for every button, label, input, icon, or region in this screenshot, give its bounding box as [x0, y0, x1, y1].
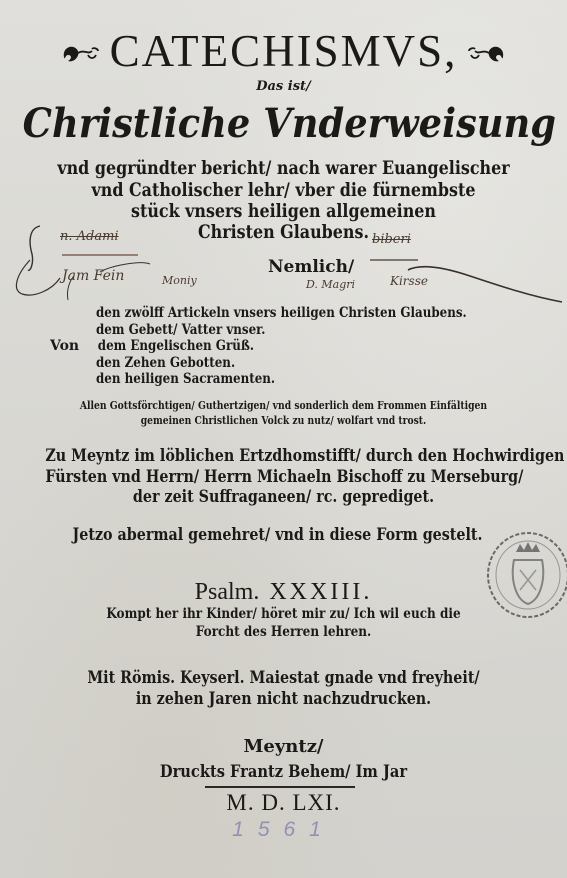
psalm-number: XXXIII.	[269, 579, 372, 605]
handwritten-kirsse: Kirsse	[390, 274, 428, 288]
psalm-verse-line-2: Forcht des Herren lehren.	[40, 624, 528, 640]
preached-line-1: Zu Meyntz im löblichen Ertzdhomstifft/ d…	[45, 446, 521, 466]
imprint-printer: Druckts Frantz Behem/ Im Jar	[40, 762, 528, 782]
title-page: CATECHISMVS, Das ist/ Christliche Vnderw…	[0, 0, 567, 878]
pencil-year-annotation: 1561	[0, 818, 567, 842]
psalm-label: Psalm.	[195, 579, 260, 605]
nemlich-heading: Nemlich/	[268, 257, 354, 277]
privilege-line-1: Mit Römis. Keyserl. Maiestat gnade vnd f…	[45, 668, 521, 688]
dedication-line-1: Allen Gottsförchtigen/ Guthertzigen/ vnd…	[57, 398, 511, 412]
handwritten-adami: n. Adami	[60, 229, 119, 244]
handwritten-magri: D. Magri	[306, 278, 355, 291]
contents-item: den zwölff Artickeln vnsers heiligen Chr…	[96, 305, 467, 322]
dedication-line-2: gemeinen Christlichen Volck zu nutz/ wol…	[57, 413, 511, 427]
imprint-year: M. D. LXI.	[0, 790, 567, 816]
handwritten-jam: Jam Fein	[62, 268, 124, 284]
psalm-heading: Psalm.XXXIII.	[0, 579, 567, 606]
handwritten-moniy: Moniy	[162, 274, 197, 287]
preached-line-3: der zeit Suffraganeen/ rc. geprediget.	[45, 487, 521, 507]
fleuron-right-icon	[463, 39, 507, 69]
fleuron-left-icon	[60, 39, 104, 69]
contents-item: dem Engelischen Grüß.	[96, 338, 467, 355]
book-title: CATECHISMVS,	[110, 29, 458, 74]
description-line-1: vnd gegründter bericht/ nach warer Euang…	[40, 158, 528, 179]
imprint-rule	[205, 786, 355, 788]
description-line-2: vnd Catholischer lehr/ vber die fürnembs…	[40, 180, 528, 201]
subtitle: Christliche Vnderweisung	[23, 100, 545, 147]
handwritten-biberi: biberi	[372, 232, 411, 247]
preached-line-2: Fürsten vnd Herrn/ Herrn Michaeln Bischo…	[45, 467, 521, 487]
description-line-3: stück vnsers heiligen allgemeinen	[40, 201, 528, 222]
contents-item: dem Gebett/ Vatter vnser.	[96, 322, 467, 339]
title-row: CATECHISMVS,	[0, 26, 567, 76]
contents-list: den zwölff Artickeln vnsers heiligen Chr…	[96, 305, 467, 388]
psalm-verse-line-1: Kompt her ihr Kinder/ höret mir zu/ Ich …	[40, 606, 528, 622]
privilege-line-2: in zehen Jaren nicht nachzudrucken.	[45, 689, 521, 709]
contents-item: den Zehen Gebotten.	[96, 355, 467, 372]
jetzo-line: Jetzo abermal gemehret/ vnd in diese For…	[39, 525, 515, 545]
contents-item: den heiligen Sacramenten.	[96, 371, 467, 388]
das-ist-line: Das ist/	[0, 79, 567, 94]
imprint-place: Meyntz/	[0, 736, 567, 757]
von-label: Von	[50, 338, 79, 354]
